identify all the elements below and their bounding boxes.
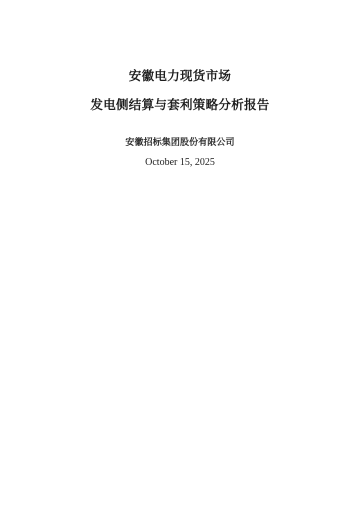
report-date: October 15, 2025 (0, 157, 360, 169)
document-page: 安徽电力现货市场 发电侧结算与套利策略分析报告 安徽招标集团股份有限公司 Oct… (0, 0, 360, 509)
title-block: 安徽电力现货市场 发电侧结算与套利策略分析报告 安徽招标集团股份有限公司 Oct… (0, 0, 360, 169)
report-title-line-1: 安徽电力现货市场 (0, 62, 360, 91)
report-title: 安徽电力现货市场 发电侧结算与套利策略分析报告 (0, 62, 360, 120)
report-title-line-2: 发电侧结算与套利策略分析报告 (0, 91, 360, 120)
author-company: 安徽招标集团股份有限公司 (0, 136, 360, 148)
